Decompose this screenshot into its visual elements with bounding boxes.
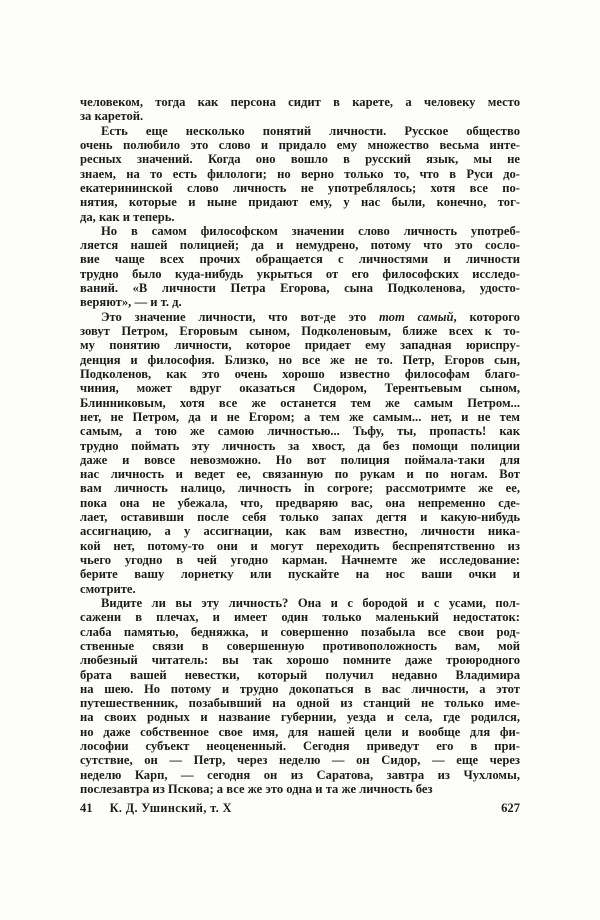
text-line: му понятию личности, которое придает ему… xyxy=(80,338,520,352)
text-line: на своих родных и название губернии, уез… xyxy=(80,710,520,724)
text-line: екатерининской слово личность не употреб… xyxy=(80,181,520,195)
text-line: да, как и теперь. xyxy=(80,210,520,224)
text-line: нас личность и ведет ее, связанную по ру… xyxy=(80,467,520,481)
text-line: сажени в плечах, и имеет один только мал… xyxy=(80,610,520,624)
text-line: человеком, тогда как персона сидит в кар… xyxy=(80,95,520,109)
text-line: чьего угодно в чей угодно карман. Начнем… xyxy=(80,553,520,567)
text-line: ственные связи в совершенную противополо… xyxy=(80,639,520,653)
signature-title: К. Д. Ушинский, т. X xyxy=(110,801,232,816)
text-line: даже и вовсе невозможно. Но вот полиция … xyxy=(80,453,520,467)
text-line: слаба памятью, бедняжка, и совершенно по… xyxy=(80,625,520,639)
text-line: вие чаще всех прочих обращается с личнос… xyxy=(80,252,520,266)
text-line: ваний. «В личности Петра Егорова, сына П… xyxy=(80,281,520,295)
text-line: знаем, на то есть филологи; но верно тол… xyxy=(80,167,520,181)
text-line: ассигнацию, а у ассигнации, как вам изве… xyxy=(80,524,520,538)
text-line: Это значение личности, что вот-де это то… xyxy=(80,310,520,324)
text-line: но даже собственное свое имя, для нашей … xyxy=(80,725,520,739)
page-number: 627 xyxy=(501,801,520,816)
text-line: Блинниковым, хотя все же останется тем ж… xyxy=(80,396,520,410)
text-block: человеком, тогда как персона сидит в кар… xyxy=(80,95,520,796)
text-line: берите вашу лорнетку или пускайте на нос… xyxy=(80,567,520,581)
text-line: очень полюбило это слово и придало ему м… xyxy=(80,138,520,152)
text-line: веряют», — и т. д. xyxy=(80,295,520,309)
text-line: трудно было куда-нибудь укрыться от его … xyxy=(80,267,520,281)
text-line: пока она не убежала, что, предваряю вас,… xyxy=(80,496,520,510)
text-line: неделю Карп, — сегодня он из Саратова, з… xyxy=(80,768,520,782)
text-line: зовут Петром, Егоровым сыном, Подколенов… xyxy=(80,324,520,338)
text-line: трудно поймать эту личность за хвост, да… xyxy=(80,439,520,453)
text-line: путешественник, позабывший на одной из с… xyxy=(80,696,520,710)
text-line: Подколенов, как это очень хорошо известн… xyxy=(80,367,520,381)
italic-phrase: тот самый xyxy=(379,310,453,324)
footer: 41 К. Д. Ушинский, т. X 627 xyxy=(80,801,520,816)
text-line: чиния, может вдруг оказаться Сидором, Те… xyxy=(80,381,520,395)
text-line: брата вашей невестки, который получил не… xyxy=(80,668,520,682)
text-line: Видите ли вы эту личность? Она и с бород… xyxy=(80,596,520,610)
text-line: лает, оставивши после себя только запах … xyxy=(80,510,520,524)
text-line: нет, не Петром, да и не Егором; а тем же… xyxy=(80,410,520,424)
text-line: вам личность налицо, личность in corpore… xyxy=(80,481,520,495)
text-line: ресных значений. Когда оно вошло в русск… xyxy=(80,152,520,166)
text-line: Есть еще несколько понятий личности. Рус… xyxy=(80,124,520,138)
text-line: сутствие, он — Петр, через неделю — он С… xyxy=(80,753,520,767)
text-line: смотрите. xyxy=(80,582,520,596)
text-line: кой нет, потому-то они и могут переходит… xyxy=(80,539,520,553)
text-line: лософии субъект неоцененный. Сегодня при… xyxy=(80,739,520,753)
text-line: денция и философия. Близко, но все же не… xyxy=(80,353,520,367)
text-line: самым, а тою же самою личностью... Тьфу,… xyxy=(80,424,520,438)
text-line: нятия, которые и ныне придают ему, у нас… xyxy=(80,195,520,209)
text-line: ляется нашей полицией; да и немудрено, п… xyxy=(80,238,520,252)
book-page: человеком, тогда как персона сидит в кар… xyxy=(0,0,600,920)
text-line: любезный читатель: вы так хорошо помните… xyxy=(80,653,520,667)
text-line: за каретой. xyxy=(80,109,520,123)
text-line: послезавтра из Пскова; а все же это одна… xyxy=(80,782,520,796)
text-line: на шею. Но потому и трудно докопаться в … xyxy=(80,682,520,696)
text-line: Но в самом философском значении слово ли… xyxy=(80,224,520,238)
signature-number: 41 xyxy=(80,801,93,816)
